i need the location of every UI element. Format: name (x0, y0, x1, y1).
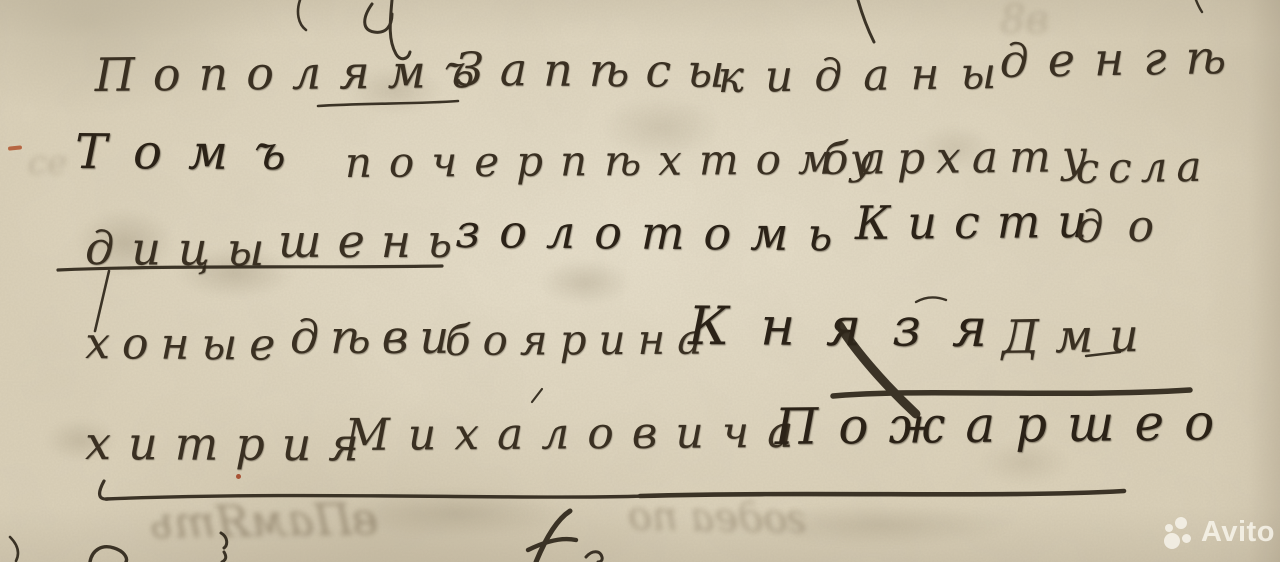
handwritten-word: до (1075, 205, 1178, 250)
partial-stroke (90, 547, 127, 562)
manuscript-page: вПамЯть годеа по се 8в Пополямъ Запѣсы к… (0, 0, 1280, 562)
handwritten-word: шень (278, 218, 468, 264)
handwritten-word: Кисти (855, 198, 1105, 246)
handwritten-word: бархату (822, 135, 1099, 182)
rule-line (106, 496, 645, 499)
bleedthrough-text: вПамЯть (150, 498, 379, 546)
handwritten-word: Пополямъ (95, 48, 493, 98)
handwritten-word: золотомь (455, 208, 852, 257)
handwritten-word: Запѣсы (455, 46, 741, 94)
avito-watermark: Avito (1164, 515, 1275, 549)
handwritten-word: Дми (1001, 312, 1155, 360)
handwritten-word: боярина (445, 319, 715, 362)
handwritten-word: Томъ (75, 128, 312, 177)
rule-line (100, 481, 108, 499)
partial-stroke (1196, 0, 1202, 12)
handwritten-word: Князя (688, 300, 1018, 355)
handwritten-word: денгѣ (999, 34, 1245, 84)
partial-stroke (536, 511, 570, 562)
handwritten-word: Михаловича (345, 411, 812, 458)
partial-stroke (221, 533, 227, 562)
paper-speck (8, 145, 22, 150)
handwritten-word: ссла (1075, 146, 1211, 190)
partial-stroke (10, 537, 18, 561)
bleedthrough-text: се (28, 146, 67, 180)
partial-stroke (586, 552, 602, 562)
bleedthrough-smudge (290, 478, 620, 548)
underline-stroke (318, 101, 458, 106)
partial-stroke (298, 0, 306, 30)
avito-logo-dot (1182, 534, 1191, 543)
handwritten-word: дицы (85, 225, 282, 272)
avito-logo-dot (1164, 533, 1180, 549)
handwritten-word: дѣви (290, 314, 460, 360)
avito-logo-dot (1175, 517, 1187, 529)
avito-logo-dot (1165, 524, 1173, 532)
handwritten-word: Пожаршео (774, 397, 1234, 452)
bleedthrough-smudge (520, 250, 650, 315)
bleedthrough-smudge (690, 495, 1070, 555)
avito-logo-icon (1164, 515, 1194, 549)
handwritten-word: почерпѣхтому (345, 138, 892, 184)
paper-speck (236, 474, 241, 479)
partial-stroke (365, 4, 392, 32)
partial-stroke (528, 539, 576, 550)
partial-stroke (858, 0, 874, 42)
handwritten-word: хоные (85, 322, 288, 368)
avito-watermark-label: Avito (1201, 518, 1275, 547)
accent-mark (532, 389, 542, 402)
rule-line (640, 491, 1124, 496)
bleedthrough-text: годеа по (628, 496, 808, 539)
handwritten-word: киданы (717, 52, 1017, 100)
handwritten-word: хитрия (85, 420, 376, 468)
